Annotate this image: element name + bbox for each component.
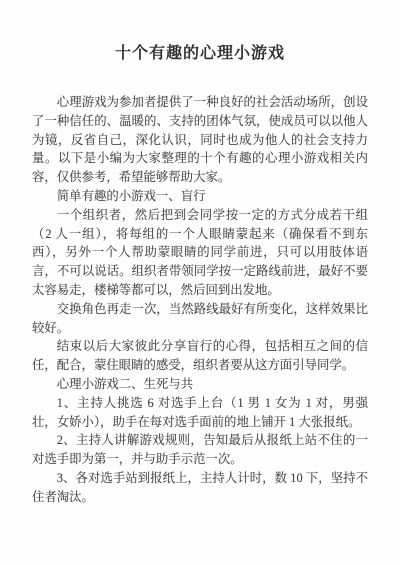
paragraph-game2-title: 心理小游戏二、生死与共 bbox=[32, 375, 368, 394]
document-title: 十个有趣的心理小游戏 bbox=[0, 0, 400, 64]
paragraph-game1-rules: 一个组织者，然后把到会同学按一定的方式分成若干组（2 人一组），将每组的一个人眼… bbox=[32, 206, 368, 300]
paragraph-game1-swap: 交换角色再走一次，当然路线最好有所变化，这样效果比较好。 bbox=[32, 300, 368, 338]
paragraph-game2-step2: 2、主持人讲解游戏规则，告知最后从报纸上站不住的一对选手即为第一，并与助手示范一… bbox=[32, 431, 368, 469]
document-page: 十个有趣的心理小游戏 心理游戏为参加者提供了一种良好的社会活动场所，创设了一种信… bbox=[0, 0, 400, 565]
document-body: 心理游戏为参加者提供了一种良好的社会活动场所，创设了一种信任的、温暖的、支持的团… bbox=[0, 93, 400, 507]
paragraph-intro: 心理游戏为参加者提供了一种良好的社会活动场所，创设了一种信任的、温暖的、支持的团… bbox=[32, 93, 368, 187]
paragraph-game2-step1: 1、主持人挑选 6 对选手上台（1 男 1 女为 1 对，男强壮，女娇小），助手… bbox=[32, 394, 368, 432]
paragraph-game1-share: 结束以后大家彼此分享盲行的心得，包括相互之间的信任，配合，蒙住眼睛的感受，组织者… bbox=[32, 337, 368, 375]
paragraph-game1-title: 简单有趣的小游戏一、盲行 bbox=[32, 187, 368, 206]
paragraph-game2-step3: 3、各对选手站到报纸上，主持人计时，数 10 下，坚持不住者淘汰。 bbox=[32, 469, 368, 507]
